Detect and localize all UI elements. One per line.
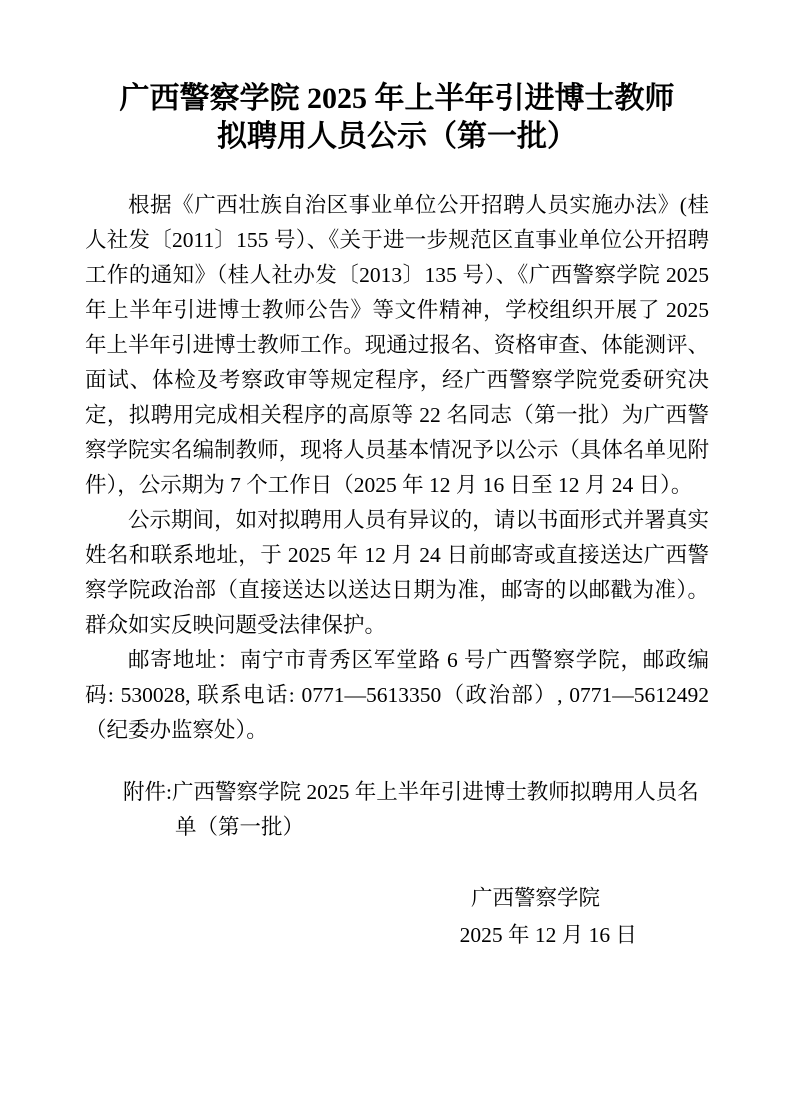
title-line-2: 拟聘用人员公示（第一批） <box>60 118 734 156</box>
signature-block: 广西警察学院 2025 年 12 月 16 日 <box>85 881 709 954</box>
paragraph-objection-notice: 公示期间，如对拟聘用人员有异议的，请以书面形式并署真实姓名和联系地址，于 202… <box>85 503 709 643</box>
document-page: 广西警察学院 2025 年上半年引进博士教师 拟聘用人员公示（第一批） 根据《广… <box>0 0 794 1108</box>
paragraph-legal-basis: 根据《广西壮族自治区事业单位公开招聘人员实施办法》(桂人社发〔2011〕155 … <box>85 188 709 503</box>
document-title: 广西警察学院 2025 年上半年引进博士教师 拟聘用人员公示（第一批） <box>60 80 734 156</box>
signature-org: 广西警察学院 <box>85 881 600 916</box>
attachment-text: 广西警察学院 2025 年上半年引进博士教师拟聘用人员名单（第一批） <box>172 780 699 839</box>
attachment-label: 附件: <box>123 780 172 804</box>
document-body: 根据《广西壮族自治区事业单位公开招聘人员实施办法》(桂人社发〔2011〕155 … <box>85 188 709 954</box>
title-line-1: 广西警察学院 2025 年上半年引进博士教师 <box>60 80 734 118</box>
attachment-note: 附件:广西警察学院 2025 年上半年引进博士教师拟聘用人员名单（第一批） <box>85 775 709 845</box>
signature-date: 2025 年 12 月 16 日 <box>85 916 637 954</box>
paragraph-contact-info: 邮寄地址：南宁市青秀区军堂路 6 号广西警察学院，邮政编码: 530028, 联… <box>85 643 709 748</box>
